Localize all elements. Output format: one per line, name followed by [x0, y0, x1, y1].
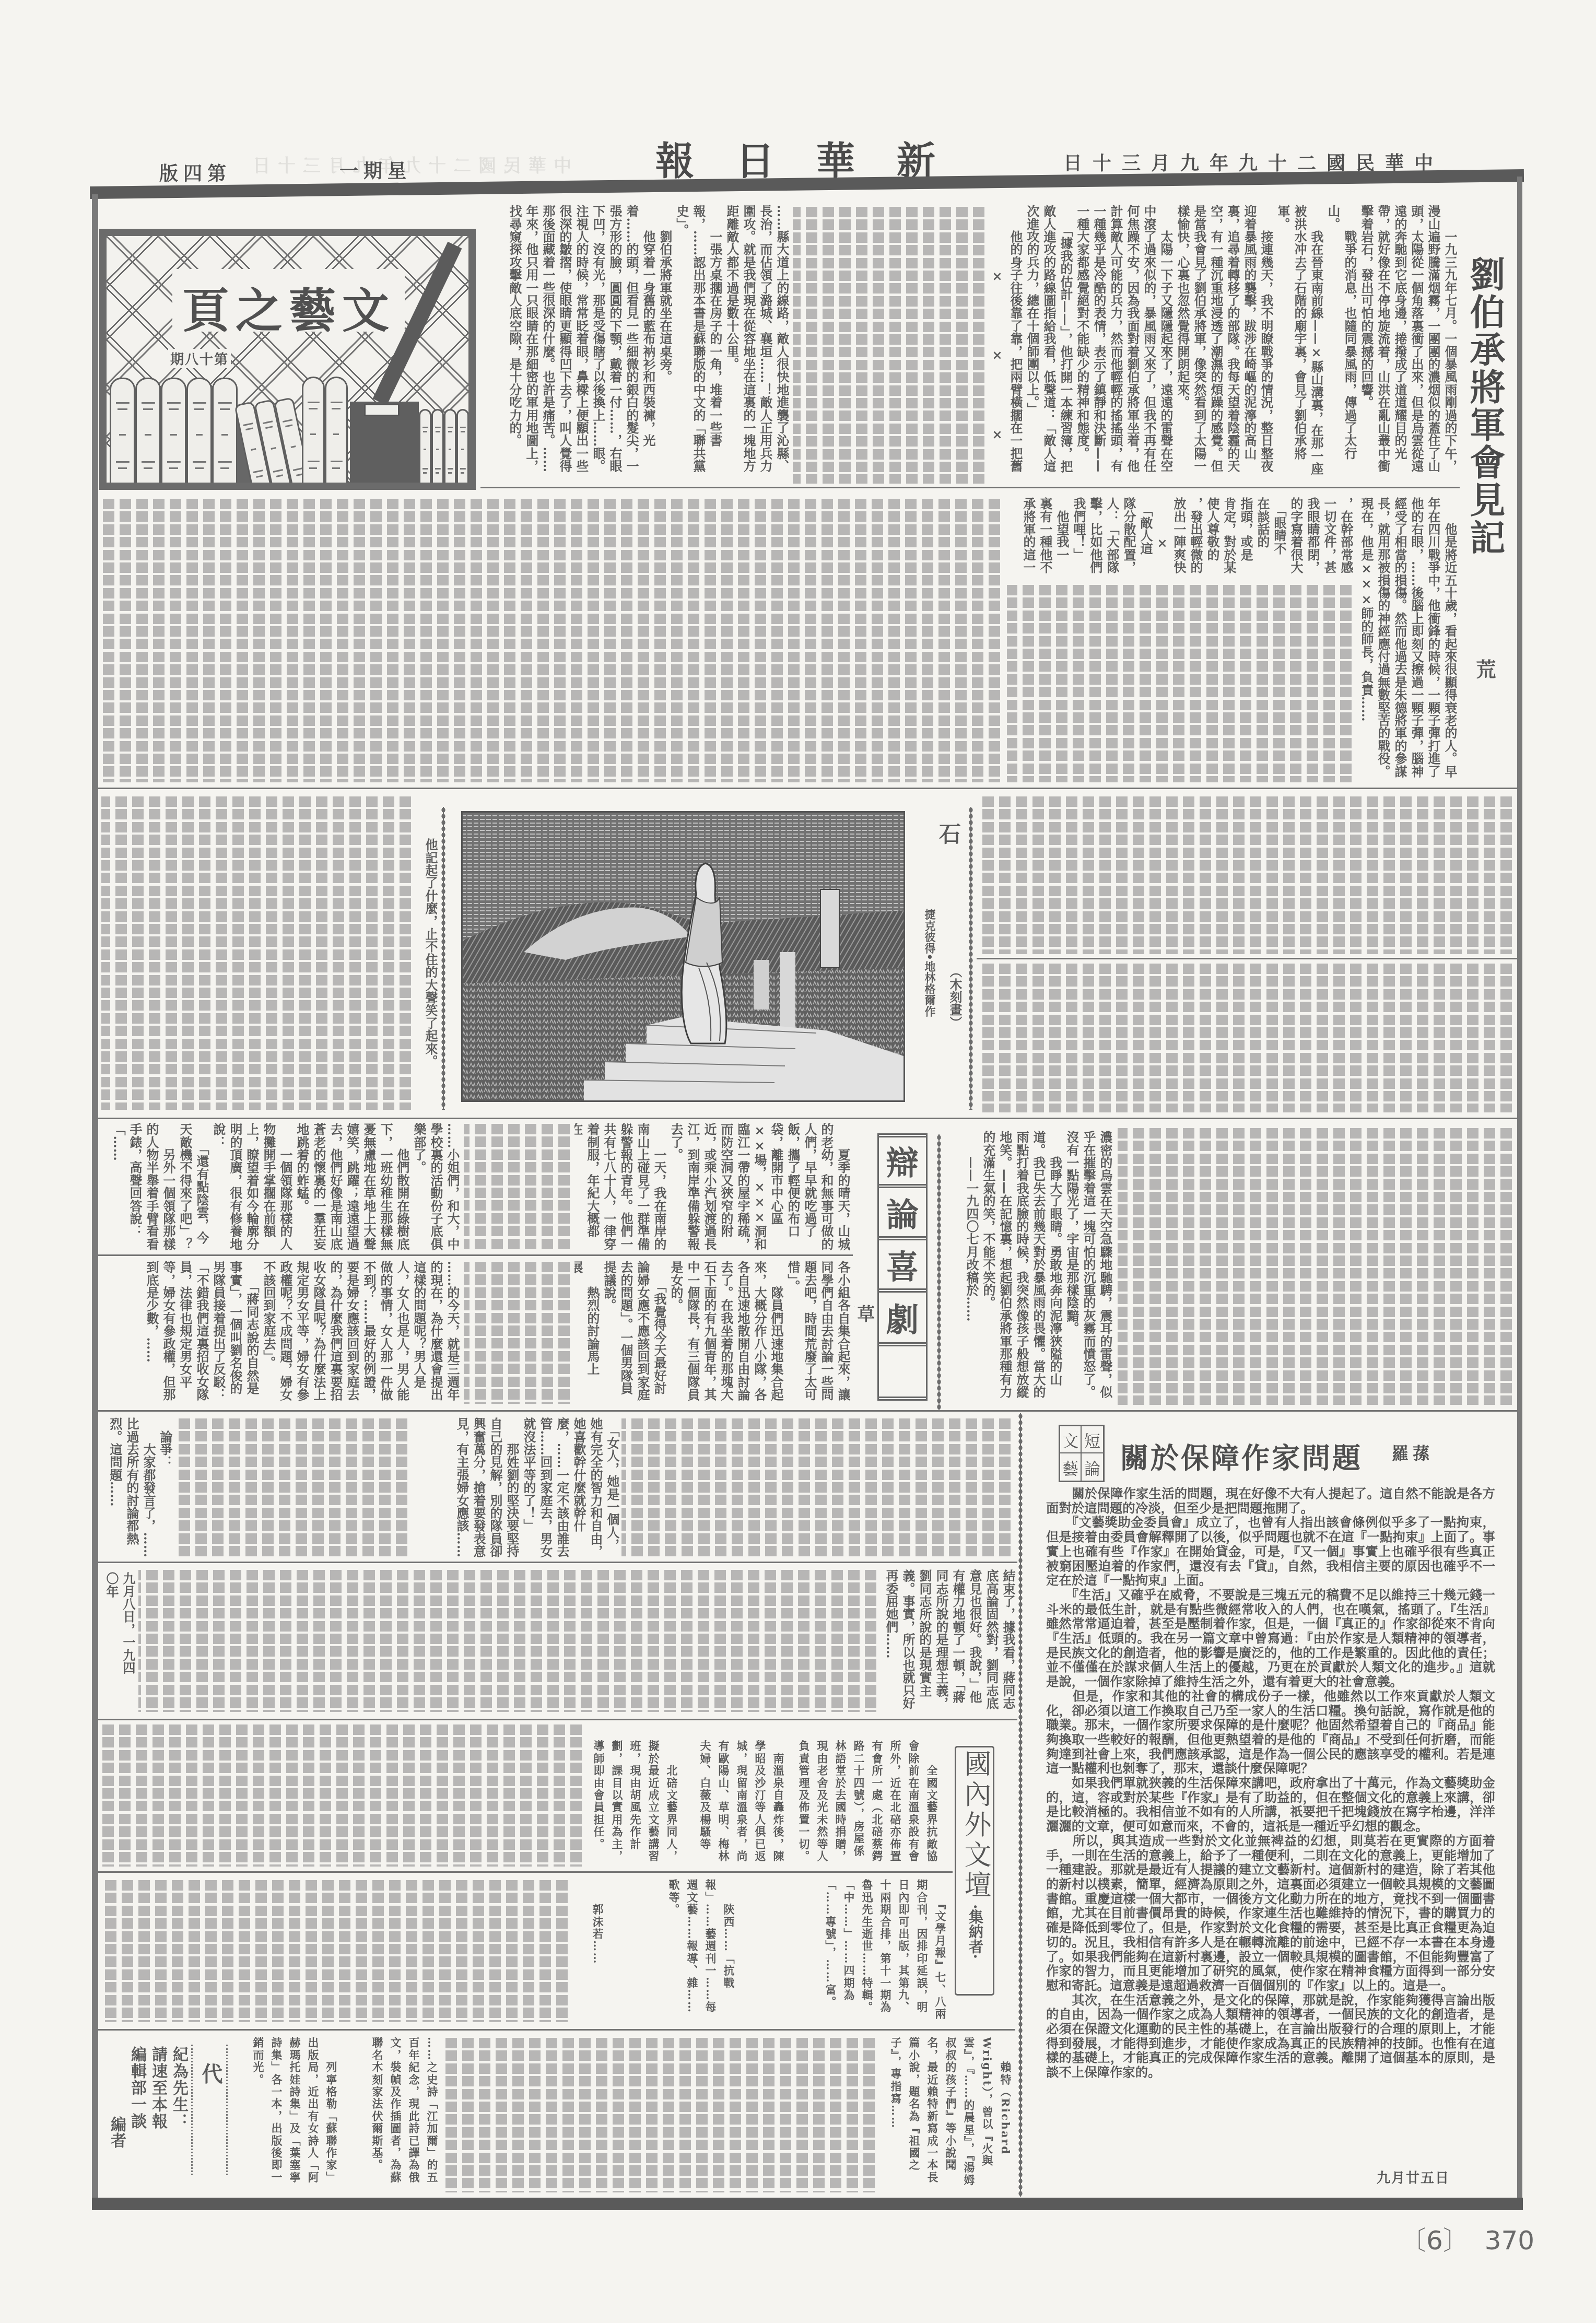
news-item: 陝西……「抗戰報」……藝週刊一……每週文藝……報導、雜……歌等。: [610, 1879, 738, 2023]
newspaper-page: 中華民國二十九年九月三十日 第四版 星期一 新華日報 中華民國二十九年九月三十日…: [0, 0, 1596, 2323]
book-icon: [110, 378, 135, 487]
illegible-text-columns: [175, 1418, 410, 1556]
supplement-title: 文藝之頁: [182, 273, 395, 341]
woodcut-illustration: [461, 811, 905, 1102]
book-icon: [419, 409, 431, 487]
illegible-text-columns: [1007, 585, 1354, 782]
essay-title: 關於保障作家問題: [1120, 1436, 1363, 1476]
article-body-column-block: 他是將近五十歲，看起來很顯得衰老的人。早年在四川戰爭中，他衝鋒的時候，一顆子彈打…: [1356, 497, 1458, 783]
book-icon: [456, 409, 469, 487]
decorative-chain-rule: [936, 1134, 942, 1410]
article-body-column-block: ……縣大道上的線路，敵人很快地進襲了沁縣、長治，而佔領了潞城、襄垣……！敵人正用…: [483, 205, 790, 485]
illegible-text-columns: [464, 1262, 572, 1404]
book-icon: [302, 377, 325, 487]
illegible-text-columns: [101, 1724, 584, 1867]
notice-divider: [191, 2045, 193, 2175]
book-icon: [431, 409, 444, 487]
article-body-column-block: 結束了，據我看，蔣同志底高論固然對，劉同志底意見也很好。我說，」他有權力地頓了一…: [882, 1569, 1016, 1715]
illegible-text-columns: [979, 796, 1515, 954]
essay-author: 羅蓀: [1392, 1440, 1434, 1464]
news-item: 北碚文藝界同人，擬於最近成立文藝講習班，現由胡風先作計劃，課目以實用為主，導師即…: [589, 1740, 681, 1868]
news-section-compiler: ·集納者·: [966, 1904, 984, 1993]
woodcut-caption-title: 石級: [935, 823, 962, 893]
notice-divider: [226, 2045, 228, 2175]
article-date: 九月八日，一九四〇年: [102, 1572, 136, 1676]
column-rule: [98, 1871, 953, 1873]
essay-body: 關於保障作家生活的問題，現在好像不大有人提起了。這自然不能說是各方面對於這問題的…: [1046, 1486, 1495, 2080]
label-char: 文: [1060, 1426, 1082, 1453]
archive-volume: 〔6〕: [1400, 2225, 1469, 2256]
article-title: 劉伯承將軍會見記: [1462, 256, 1507, 569]
literary-page-banner: 文藝之頁 第十八期: [99, 229, 476, 490]
archive-page-number: 370: [1485, 2225, 1534, 2256]
frame-right-border: [1517, 177, 1522, 2208]
news-item: 賴特（Richard Wright），曾以『火與雲』，『……的晨星』，『湯姆叔叔…: [880, 2037, 1015, 2193]
illegible-text-columns: [793, 207, 987, 484]
illegible-text-columns: [101, 796, 414, 1110]
column-label-box: 文 短 藝 論: [1059, 1425, 1105, 1482]
title-char: 論: [879, 1184, 926, 1236]
label-char: 短: [1082, 1426, 1103, 1453]
illegible-text-columns: [101, 499, 1003, 782]
article-body-column-block: ……小姐們，和大，中學校裏的活動份子底俱樂部了。 他們散開在綠樹底下，一班幼稚生…: [100, 1123, 461, 1252]
notice-signature: 編者: [107, 2116, 126, 2155]
news-item: 郭沫若……: [574, 1879, 607, 2023]
woodcut-caption-artist: 捷克彼得•地林格爾作: [922, 909, 937, 1034]
book-icon: [444, 409, 456, 487]
column-rule: [98, 1254, 853, 1256]
section-rule: [98, 788, 1518, 789]
weekday: 星期一: [339, 157, 412, 183]
pen-holder: [364, 404, 400, 416]
article-author: 草明: [854, 1305, 874, 1375]
article-fragment-columns: ，在幹部常感 一切文件，甚 我眼睛都閉， 的字寫着很大 「眼睛不 在談話的 指頭…: [1007, 497, 1354, 581]
book-icon: [325, 377, 348, 487]
column-rule: [98, 2029, 1015, 2031]
woodcut-caption-medium: （木刻畫）: [946, 965, 963, 1033]
news-item: 南溫泉自轟炸後，陳學昭及沙汀等人俱已返城，現留南溫泉者，尚有歐陽山、草明、梅林夫…: [696, 1740, 788, 1868]
illegible-text-columns: [979, 964, 1515, 1112]
illegible-text-columns: [101, 1880, 570, 2022]
decorative-chain-rule: [1017, 1413, 1024, 2197]
title-char: 辯: [879, 1133, 926, 1184]
illegible-text-columns: [621, 1418, 1013, 1556]
illegible-text-columns: [1118, 1128, 1515, 1405]
notice-heading: 代郵: [197, 2063, 224, 2146]
news-section-heading-box: 國內外文壇 ·集納者·: [955, 1746, 994, 1996]
archive-page-reference: 〔6〕 370: [1400, 2220, 1534, 2257]
article-title-box: 辯 論 喜 劇: [877, 1133, 928, 1401]
book-icon: [212, 378, 238, 487]
book-icon: [186, 378, 212, 487]
illegible-text-columns: [441, 2038, 877, 2192]
section-rule: [98, 1719, 1017, 1720]
news-item: ……之史詩「江加爾」的五百年紀念，現此詩已譯為俄文，裝幀及作插圖者，為蘇聯名木刻…: [332, 2037, 441, 2193]
article-body-column-block: 論爭： 大家都發言了，……比過去所有的討論都熱烈。這問題……: [100, 1417, 173, 1558]
section-rule: [98, 1118, 1518, 1119]
frame-bottom-border: [92, 2198, 1523, 2210]
article-body-column-block: 夏季的晴天，山城的老幼，和無事可做的人們，早早就吃過了飯，攜了輕便的布口袋，離開…: [574, 1123, 851, 1252]
essay-date: 九月廿五日: [1377, 2167, 1450, 2187]
label-char: 藝: [1060, 1453, 1082, 1481]
page-label: 第四版: [159, 159, 231, 186]
illegible-text-columns: [464, 1124, 572, 1249]
article-body-column-block: 「女人，她是一個人，她有完全的智力和自由，她喜歡幹什麼就幹什麼，……一定不該由誰…: [413, 1417, 620, 1558]
article-body-column-block: 一九三九年七月。一個暴風雨剛過的下午，漫山遍野騰滿烟霧，一團團的濃烟似的蓋住了山…: [1006, 205, 1458, 485]
column-rule: [98, 1562, 1017, 1563]
article-ending-columns: 濃密的烏雲在天空急驟地馳騁，震耳的雷聲，似乎在摧擊着這一塊可怕的沉重的灰霧而憤怒…: [946, 1131, 1113, 1405]
book-icon: [135, 378, 161, 487]
news-item: 列寧格勒「蘇聯作家」出版局，近出有女詩人「阿赫瑪托娃詩集」及「葉塞寧詩集」各一本…: [230, 2037, 341, 2193]
news-item: 全國文藝界抗敵協會除前在南溫泉設有會所外，近在北碚亦佈置有會所一處（北碚蔡鍔路二…: [794, 1740, 941, 1868]
frame-left-border: [92, 194, 98, 2208]
notice-text: 紀為先生： 請速至本報 編輯部一談: [125, 2046, 189, 2143]
decorative-chain-rule: [968, 807, 974, 1110]
section-rule: [98, 1410, 1518, 1412]
article-body-column-block: 他記起了什麼，止不住的大聲笑了起來。: [418, 838, 439, 1110]
column-rule: [977, 958, 1517, 959]
news-item: 『文學月報』七、八兩期合刊，因排印延誤，明日內即可出版，其第九、十兩期合排，第十…: [742, 1879, 949, 2023]
article-author: 荒煤: [1470, 659, 1499, 737]
label-char: 論: [1082, 1453, 1103, 1481]
title-char: 劇: [879, 1288, 926, 1342]
article-body-column-block: 各小組各自集合起來，讓同學們自由去討論一些問題去吧，時間荒廢了太可惜」。 隊員們…: [574, 1261, 851, 1406]
supplement-issue: 第十八期: [168, 349, 231, 368]
title-box-empty-cell: [879, 1342, 926, 1401]
title-char: 喜: [879, 1236, 926, 1288]
book-icon: [161, 378, 186, 487]
news-section-title: 國內外文壇: [959, 1750, 991, 1906]
decorative-chain-rule: [440, 807, 447, 1110]
article-body-column-block: ……的今天，就是三週年的現在，為什麼還會提出這樣的問題呢？男人是人，女人也是人，…: [100, 1261, 461, 1406]
section-separator: × × ×: [989, 205, 1005, 485]
column-rule: [480, 487, 1460, 488]
illegible-text-columns: [138, 1570, 879, 1712]
